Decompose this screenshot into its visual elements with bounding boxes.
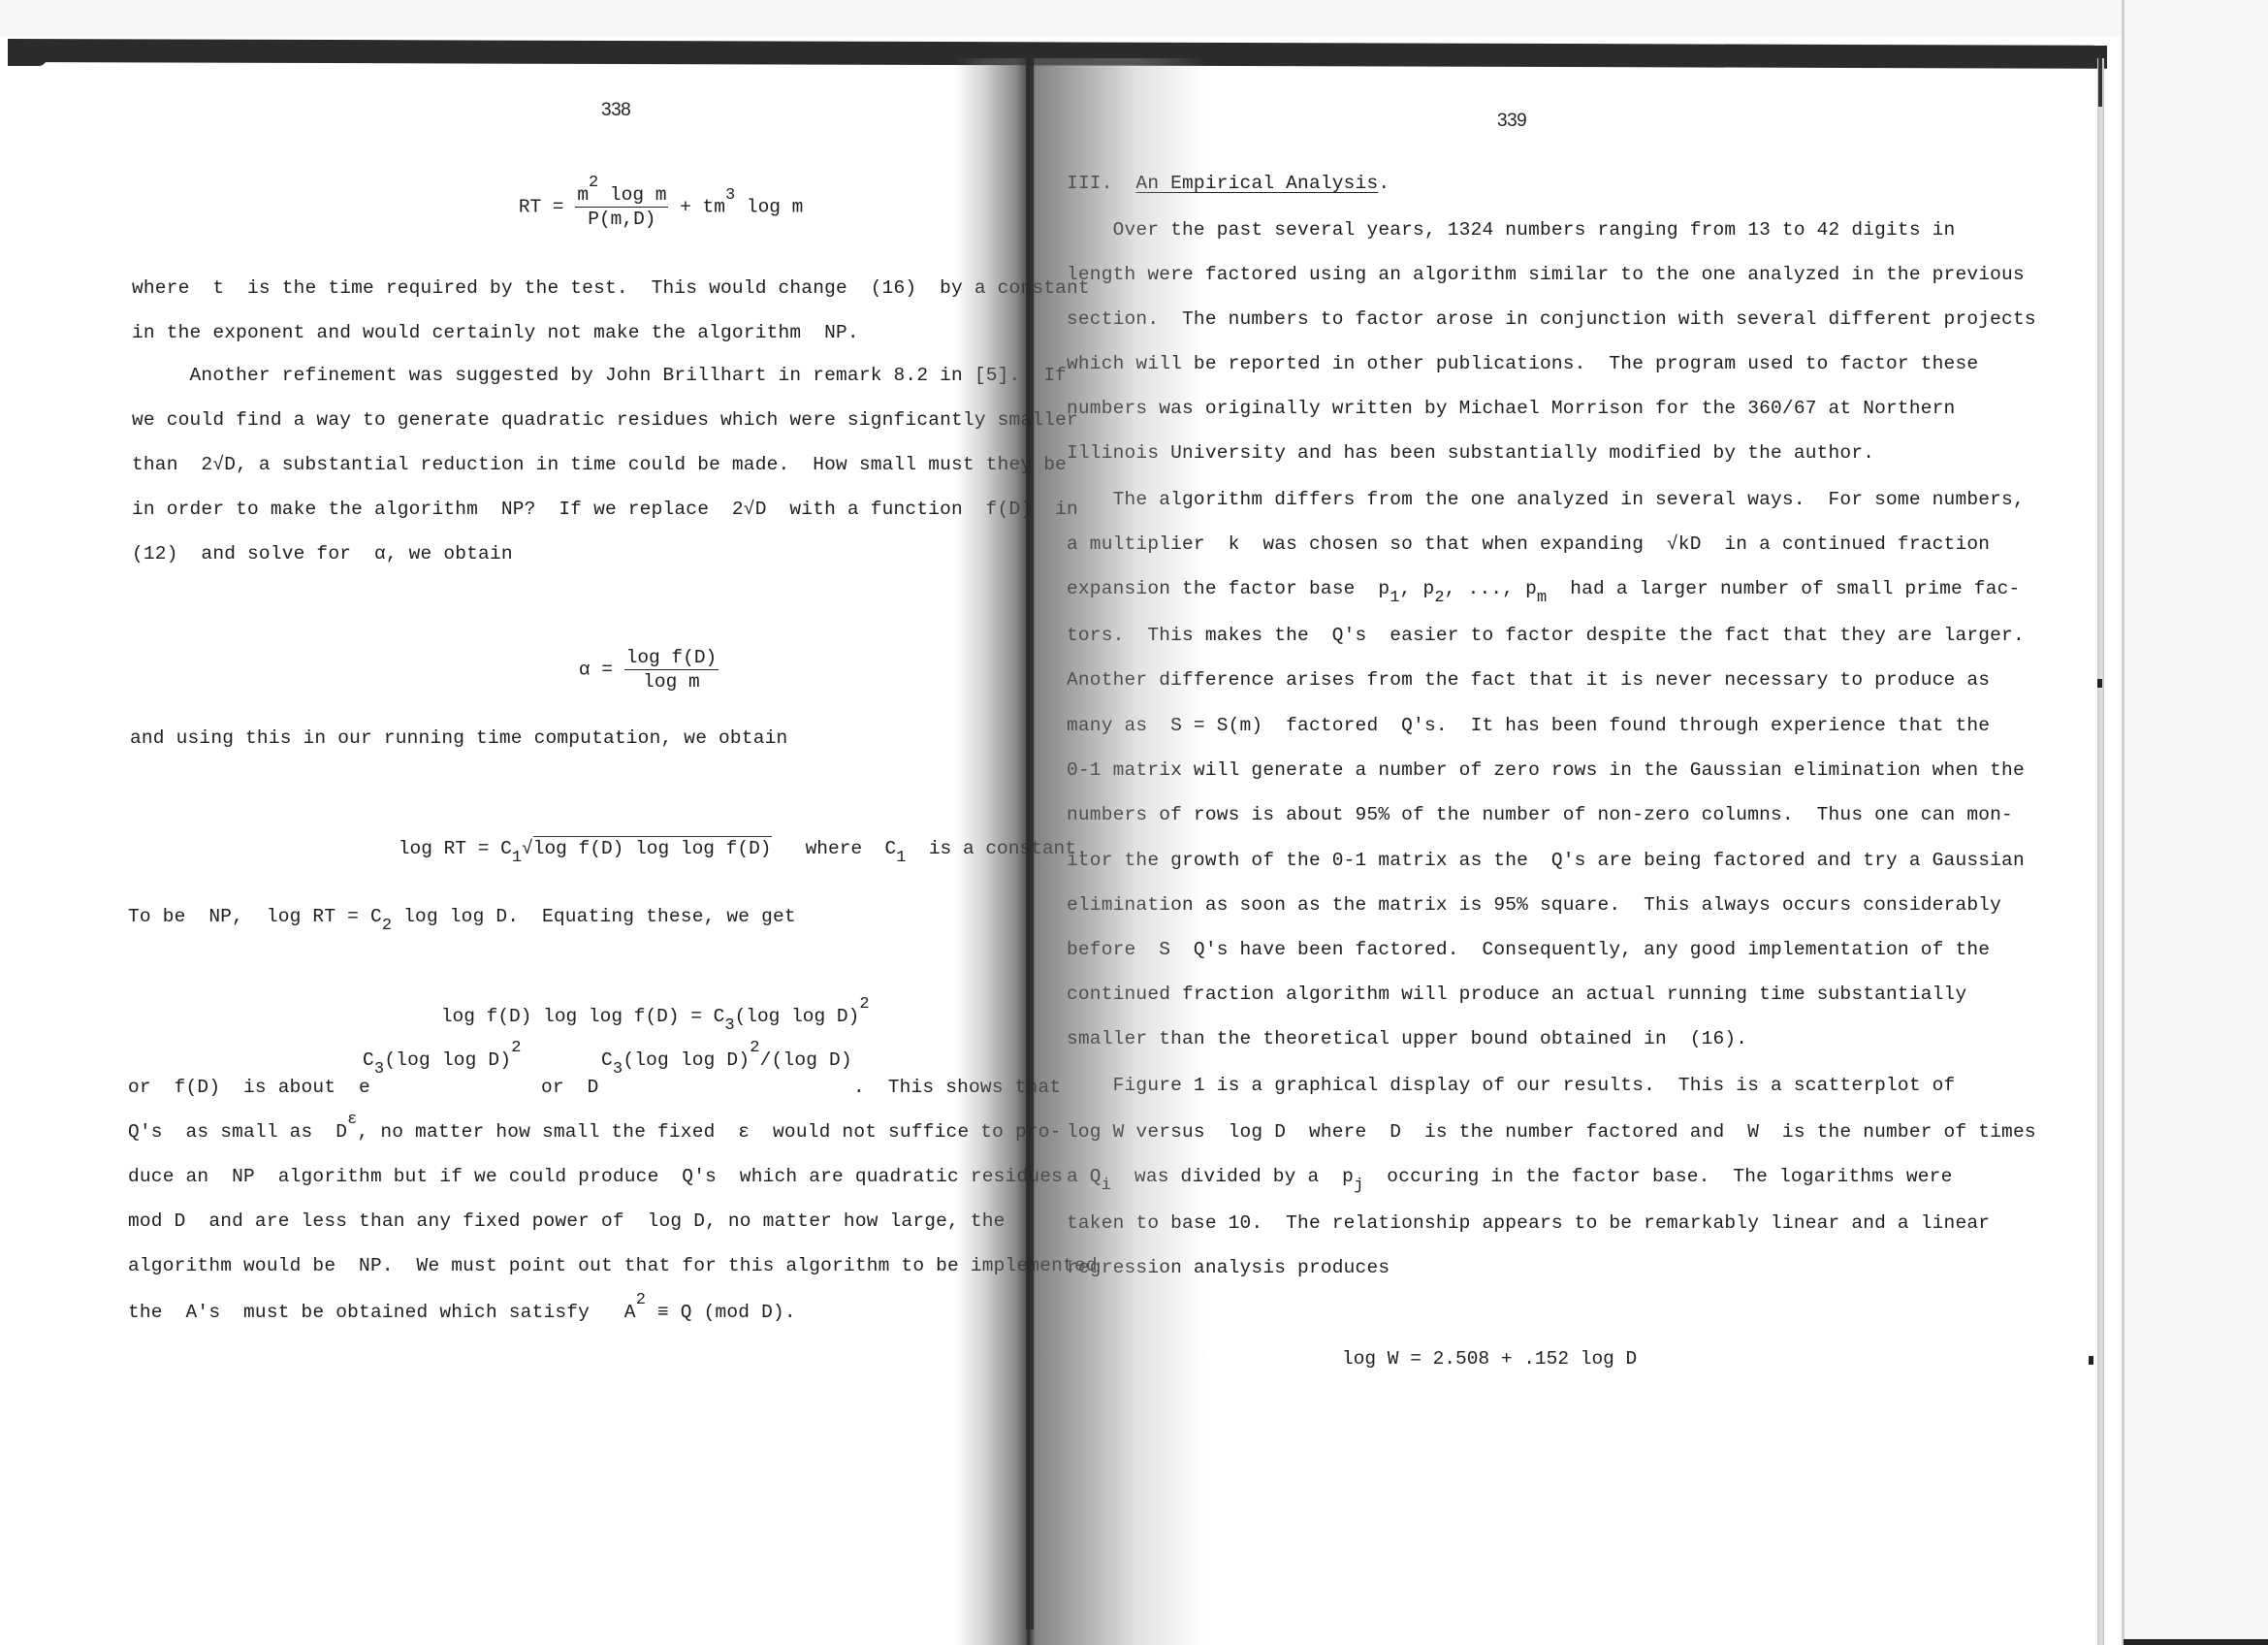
text-line: To be NP, log RT = C2 log log D. Equatin… [128,906,796,927]
exp-sub: 3 [613,1060,623,1079]
text-line: length were factored using an algorithm … [1067,264,2025,285]
text-sup: 2 [636,1291,646,1309]
exp-sub: 3 [374,1060,384,1079]
den: log m [624,670,719,693]
num-rest: log m [598,184,666,206]
exp-tail: /(log D) [760,1049,852,1071]
text-b: log log D. Equating these, we get [392,906,796,927]
equation-c3: log f(D) log log f(D) = C3(log log D)2 [396,984,870,1048]
text-d: had a larger number of small prime fac- [1547,578,2020,599]
text-a: Q's as small as D [128,1121,347,1143]
eq-lhs: α = [579,660,624,681]
exp-sup: 2 [511,1039,521,1057]
heading-period: . [1378,173,1390,194]
text-line: log W versus log D where D is the number… [1067,1121,2036,1143]
eq-sub: 1 [896,849,906,867]
text-a: the A's must be obtained which satisfy A [128,1302,636,1323]
exp-b: (log log D) [384,1049,511,1071]
text-a: To be NP, log RT = C [128,906,382,927]
text-line: algorithm would be NP. We must point out… [128,1255,1098,1276]
equation-rt: RT = m2 log mP(m,D) + tm3 log m [473,163,803,251]
text-line: where t is the time required by the test… [132,277,1090,299]
text-line: (12) and solve for α, we obtain [132,543,513,564]
text-sub: 2 [382,917,392,935]
book-spine-line [1026,58,1034,1629]
outer-bottom-edge [2124,1639,2268,1645]
text-c: occuring in the factor base. The logarit… [1363,1166,1952,1187]
text-line: expansion the factor base p1, p2, ..., p… [1067,578,2020,599]
text-sub: j [1354,1177,1363,1195]
text-line: Another refinement was suggested by John… [132,365,1067,386]
eq-sub: 1 [512,849,522,867]
eq-sub: 3 [724,1016,734,1035]
eq-exp: 3 [725,186,735,205]
eq-exp: 2 [859,995,869,1014]
text-line: or f(D) is about e [128,1077,370,1098]
sqrt-body: log f(D) log log f(D) [533,836,772,859]
num-exp: 2 [589,174,598,192]
text-line: 0-1 matrix will generate a number of zer… [1067,759,2025,781]
text-line: tors. This makes the Q's easier to facto… [1067,625,2025,646]
den: P(m,D) [575,208,668,230]
regression-equation: log W = 2.508 + .152 log D [1342,1348,1637,1370]
text-line: in order to make the algorithm NP? If we… [132,499,1078,520]
eq-a: log f(D) log log f(D) = C [441,1006,725,1027]
fraction: log f(D)log m [624,647,719,693]
exp-c: C [363,1049,374,1071]
text-b: , p [1400,578,1435,599]
text-line: itor the growth of the 0-1 matrix as the… [1067,850,2025,871]
text-line: or D [541,1077,599,1098]
eq-lhs: RT = [519,197,576,218]
eq-b: (log log D) [735,1006,860,1027]
eq-tail: log m [735,197,803,218]
eq-plus: + tm [668,197,725,218]
text-line: and using this in our running time compu… [130,727,787,749]
text-sub: 2 [1434,589,1444,607]
exp-sup: 2 [750,1039,759,1057]
text-line: the A's must be obtained which satisfy A… [128,1302,796,1323]
text-line: we could find a way to generate quadrati… [132,409,1078,431]
text-line: duce an NP algorithm but if we could pro… [128,1166,1063,1187]
text-line: section. The numbers to factor arose in … [1067,308,2036,330]
eq-mid: where C [772,838,897,859]
text-line: The algorithm differs from the one analy… [1067,489,2025,510]
text-line: in the exponent and would certainly not … [132,322,859,343]
fraction: m2 log mP(m,D) [575,184,668,230]
exponent-e: C3(log log D)2 [363,1049,522,1071]
num-base: m [577,184,589,206]
num: log f(D) [624,647,719,670]
page-number: 339 [1497,111,1526,132]
page-number: 338 [601,100,630,121]
book-gutter-shadow [955,58,1207,1645]
text-line: numbers of rows is about 95% of the numb… [1067,804,2013,825]
text-line: mod D and are less than any fixed power … [128,1210,1006,1232]
text-b: ≡ Q (mod D). [646,1302,796,1323]
text-sub: m [1537,589,1547,607]
exp-b: (log log D) [623,1049,750,1071]
exp-c: C [601,1049,613,1071]
text-c: , ..., p [1445,578,1537,599]
text-sub: 1 [1390,589,1399,607]
left-page: 338 RT = m2 log mP(m,D) + tm3 log m wher… [0,0,1028,1645]
text-line: Q's as small as Dε, no matter how small … [128,1121,1062,1143]
text-sup: ε [347,1111,357,1129]
eq-lhs: log RT = C [399,838,512,859]
text-line: than 2√D, a substantial reduction in tim… [132,454,1067,475]
exponent-d: C3(log log D)2/(log D) [601,1049,852,1071]
equation-alpha: α = log f(D)log m [533,626,719,714]
